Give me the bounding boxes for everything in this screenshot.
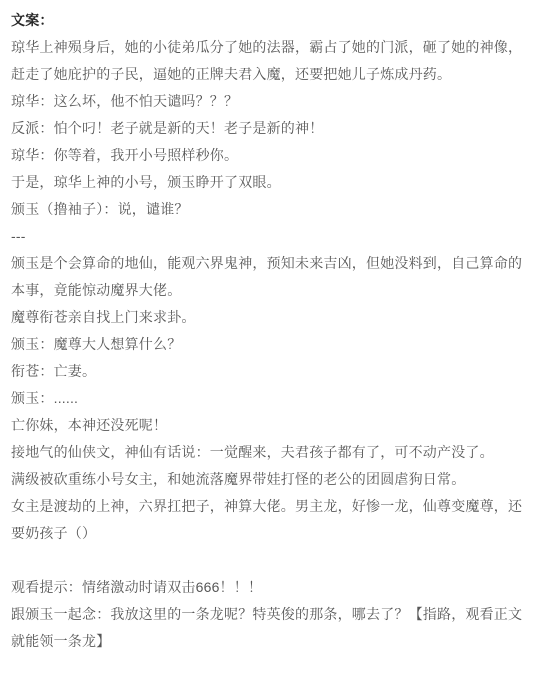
doc-heading: 文案： bbox=[11, 7, 544, 34]
text-line: 观看提示：情绪激动时请双击666！！！ bbox=[11, 574, 544, 601]
document: 文案： 琼华上神殒身后，她的小徒弟瓜分了她的法器，霸占了她的门派，砸了她的神像，… bbox=[0, 0, 552, 681]
text-line: 颁玉（撸袖子）：说，谴谁？ bbox=[11, 196, 544, 223]
text-line: 跟颁玉一起念：我放这里的一条龙呢？特英俊的那条，哪去了？【指路，观看正文 bbox=[11, 601, 544, 628]
text-line: 本事，竟能惊动魔界大佬。 bbox=[11, 277, 544, 304]
text-line: 就能领一条龙】 bbox=[11, 628, 544, 655]
text-line: 满级被砍重练小号女主，和她流落魔界带娃打怪的老公的团圆虐狗日常。 bbox=[11, 466, 544, 493]
text-line: 反派：怕个叼！老子就是新的天！老子是新的神！ bbox=[11, 115, 544, 142]
text-line: 颁玉是个会算命的地仙，能观六界鬼神，预知未来吉凶，但她没料到，自己算命的 bbox=[11, 250, 544, 277]
text-line: 于是，琼华上神的小号，颁玉睁开了双眼。 bbox=[11, 169, 544, 196]
blank-line bbox=[11, 547, 544, 574]
text-line: 赶走了她庇护的子民，逼她的正牌夫君入魔，还要把她儿子炼成丹药。 bbox=[11, 61, 544, 88]
text-line: 要奶孩子（） bbox=[11, 520, 544, 547]
divider-line: --- bbox=[11, 223, 544, 250]
text-line: 魔尊衔苍亲自找上门来求卦。 bbox=[11, 304, 544, 331]
text-line: 琼华：你等着，我开小号照样秒你。 bbox=[11, 142, 544, 169]
text-line: 接地气的仙侠文，神仙有话说：一觉醒来，夫君孩子都有了，可不动产没了。 bbox=[11, 439, 544, 466]
text-line: 颁玉：...... bbox=[11, 385, 544, 412]
text-line: 颁玉：魔尊大人想算什么？ bbox=[11, 331, 544, 358]
text-line: 亡你妹，本神还没死呢！ bbox=[11, 412, 544, 439]
text-line: 琼华：这么坏，他不怕天谴吗？？？ bbox=[11, 88, 544, 115]
text-line: 琼华上神殒身后，她的小徒弟瓜分了她的法器，霸占了她的门派，砸了她的神像， bbox=[11, 34, 544, 61]
text-line: 衔苍：亡妻。 bbox=[11, 358, 544, 385]
text-line: 女主是渡劫的上神，六界扛把子，神算大佬。男主龙，好惨一龙，仙尊变魔尊，还 bbox=[11, 493, 544, 520]
